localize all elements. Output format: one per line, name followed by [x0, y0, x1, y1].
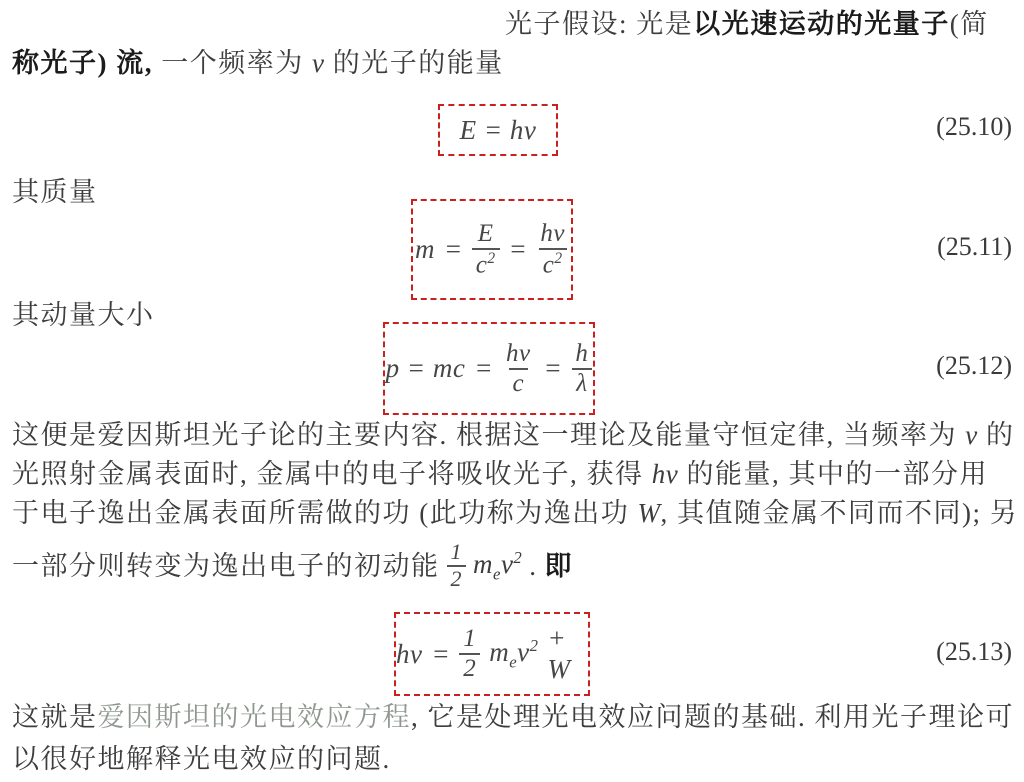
eq-momentum-lhs: p = mc	[386, 353, 466, 384]
fraction-denominator: c2	[539, 248, 567, 279]
intro-line2-bold-head: 称光子) 流,	[12, 48, 153, 78]
equation-box-photon-mass: m = Ec2 = hνc2	[411, 199, 573, 300]
mass-symbol: m	[473, 549, 493, 579]
equation-number-25-11: (25.11)	[937, 232, 1012, 262]
fraction-denominator: λ	[572, 368, 591, 398]
paragraph-einstein-line-3: 于电子逸出金属表面所需做的功 (此功称为逸出功 W, 其值随金属不同而不同); …	[12, 495, 1018, 531]
label-momentum: 其动量大小	[12, 297, 155, 333]
squared-exponent: 2	[513, 548, 522, 567]
mass-symbol: m	[489, 637, 509, 667]
text-run: 这就是	[12, 702, 98, 732]
den-base: c	[543, 251, 555, 278]
eq-momentum-equals-1: =	[474, 353, 493, 384]
intro-line2-normal-a: 一个频率为	[153, 48, 312, 78]
kinetic-energy-term: mev2	[473, 540, 522, 592]
paragraph-einstein-line-1: 这便是爱因斯坦光子论的主要内容. 根据这一理论及能量守恒定律, 当频率为 ν 的	[12, 417, 1014, 453]
eq-momentum-equals-2: =	[544, 353, 563, 384]
paragraph-einstein-line-4: 一部分则转变为逸出电子的初动能 12 mev2 . 即	[12, 536, 573, 596]
paragraph-conclusion-line-1: 这就是爱因斯坦的光电效应方程, 它是处理光电效应问题的基础. 利用光子理论可	[12, 699, 1014, 735]
intro-line-1: 光子假设: 光是以光速运动的光量子(简	[505, 6, 989, 42]
eq-mass-equals-1: =	[444, 234, 463, 265]
nu-symbol: ν	[965, 420, 977, 450]
text-run: , 它是处理光电效应问题的基础. 利用光子理论可	[411, 702, 1014, 732]
equation-number-25-13: (25.13)	[936, 637, 1012, 667]
work-function-symbol: W	[638, 498, 661, 528]
fraction-denominator: 2	[447, 565, 467, 592]
one-half-fraction: 12	[447, 540, 467, 591]
eq-momentum-fraction-2: hλ	[571, 340, 592, 398]
fraction-numerator: 1	[459, 625, 480, 653]
intro-line1-tail: (简	[950, 9, 989, 39]
textbook-page: 光子假设: 光是以光速运动的光量子(简 称光子) 流, 一个频率为 ν 的光子的…	[0, 0, 1024, 782]
one-half-fraction: 12	[459, 625, 480, 683]
equation-number-25-10: (25.10)	[936, 112, 1012, 142]
paragraph-conclusion-line-2: 以很好地解释光电效应的问题.	[12, 741, 391, 777]
text-run: 光照射金属表面时, 金属中的电子将吸收光子, 获得	[12, 459, 652, 489]
emphasis-ji: 即	[545, 548, 574, 584]
eq-pe-equals: =	[431, 639, 450, 670]
equation-number-25-12: (25.12)	[936, 351, 1012, 381]
paragraph-einstein-line-2: 光照射金属表面时, 金属中的电子将吸收光子, 获得 hν 的能量, 其中的一部分…	[12, 456, 988, 492]
den-exponent: 2	[554, 250, 562, 267]
intro-line-2: 称光子) 流, 一个频率为 ν 的光子的能量	[12, 45, 504, 81]
eq-mass-lhs: m	[415, 234, 435, 265]
velocity-symbol: v	[501, 549, 513, 579]
eq-momentum-fraction-1: hνc	[502, 340, 535, 398]
eq-mass-equals-2: =	[509, 234, 528, 265]
nu-symbol: ν	[312, 48, 324, 78]
label-mass: 其质量	[12, 174, 98, 210]
fraction-denominator: c2	[472, 248, 500, 279]
fraction-numerator: E	[474, 220, 498, 248]
fraction-numerator: hν	[536, 220, 569, 248]
equation-box-photon-momentum: p = mc = hνc = hλ	[383, 322, 595, 415]
den-base: c	[476, 251, 488, 278]
text-run: .	[529, 548, 537, 584]
equation-box-photoelectric: hν = 12 mev2 + W	[394, 612, 590, 696]
eq-mass-fraction-2: hνc2	[536, 220, 569, 279]
text-run: 的	[978, 420, 1015, 450]
eq-pe-rhs: + W	[548, 623, 588, 685]
fraction-denominator: c	[509, 368, 529, 398]
intro-line1-normal: 光子假设: 光是	[505, 9, 693, 39]
text-run: 一部分则转变为逸出电子的初动能	[12, 548, 440, 584]
electron-subscript: e	[493, 564, 501, 583]
fraction-numerator: h	[571, 340, 592, 368]
intro-line2-normal-b: 的光子的能量	[324, 48, 503, 78]
text-run: , 其值随金属不同而不同); 另	[661, 498, 1019, 528]
h-nu-symbol: hν	[652, 459, 678, 489]
text-run: 的能量, 其中的一部分用	[678, 459, 988, 489]
den-exponent: 2	[487, 250, 495, 267]
highlighted-term-photoelectric-equation: 爱因斯坦的光电效应方程	[98, 702, 412, 732]
velocity-symbol: v	[517, 637, 529, 667]
squared-exponent: 2	[530, 636, 539, 655]
equation-photon-energy: E = hν	[460, 115, 537, 146]
fraction-denominator: 2	[459, 653, 480, 683]
text-run: 这便是爱因斯坦光子论的主要内容. 根据这一理论及能量守恒定律, 当频率为	[12, 420, 965, 450]
text-run: 于电子逸出金属表面所需做的功 (此功称为逸出功	[12, 498, 638, 528]
equation-box-photon-energy: E = hν	[438, 104, 558, 156]
intro-line1-bold-term: 以光速运动的光量子	[693, 9, 950, 39]
eq-pe-lhs: hν	[396, 639, 422, 670]
fraction-numerator: 1	[447, 540, 467, 565]
eq-mass-fraction-1: Ec2	[472, 220, 500, 279]
fraction-numerator: hν	[502, 340, 535, 368]
electron-subscript: e	[509, 652, 517, 671]
kinetic-energy-term: mev2	[489, 636, 538, 672]
